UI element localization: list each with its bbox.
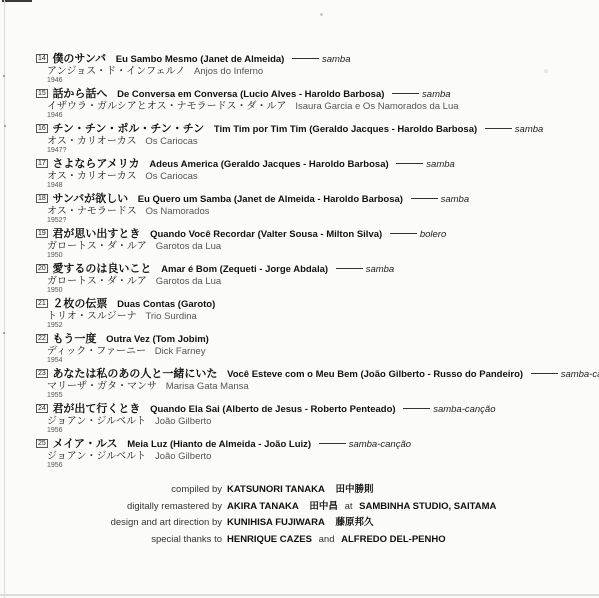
track-artist-original: Isaura Garcia e Os Namorados da Lua <box>295 101 458 112</box>
track-artist-original: João Gilberto <box>155 416 212 427</box>
track-title-japanese: さよならアメリカ <box>52 158 139 170</box>
track-genre: samba <box>331 264 395 275</box>
track-title-japanese: メイア・ルス <box>52 438 117 450</box>
track-title-line: 25 メイア・ルス Meia Luz (Hianto de Almeida - … <box>36 438 599 451</box>
track-artist-japanese: オス・カリオーカス <box>47 171 137 182</box>
track-title-line: 17 さよならアメリカ Adeus America (Geraldo Jacqu… <box>36 158 599 171</box>
credit-names: AKIRA TANAKA 田中昌 at SAMBINHA STUDIO, SAI… <box>227 499 496 516</box>
track-title-japanese: ２枚の伝票 <box>52 298 107 310</box>
track-title-japanese: あなたは私のあの人と一緒にいた <box>52 368 217 380</box>
track-artist-line: オス・カリオーカス Os Cariocas <box>47 136 599 147</box>
credit-name-japanese: 田中勝則 <box>335 484 373 495</box>
track-artist-japanese: トリオ・スルジーナ <box>47 311 137 322</box>
track-artist-original: Os Namorados <box>146 206 210 217</box>
track-number-box: 24 <box>36 404 48 413</box>
track-artist-japanese: マリーザ・ガタ・マンサ <box>47 381 157 392</box>
scan-artifact-top-edge <box>2 0 32 2</box>
track-number-box: 20 <box>36 264 48 273</box>
track-title-original: Tim Tim por Tim Tim (Geraldo Jacques - H… <box>214 124 477 135</box>
track-list: 14 僕のサンバ Eu Sambo Mesmo (Janet de Almeid… <box>36 53 599 473</box>
track-artist-line: トリオ・スルジーナ Trio Surdina <box>47 311 599 322</box>
track-recording-year: 1955 <box>47 392 599 400</box>
track-artist-japanese: ジョアン・ジルベルト <box>47 416 146 427</box>
track-title-original: Quando Você Recordar (Valter Sousa - Mil… <box>150 229 382 240</box>
credit-connector: at <box>345 501 353 512</box>
track-number-box: 25 <box>36 439 48 448</box>
track-artist-original: Garotos da Lua <box>156 241 222 252</box>
track-number-box: 21 <box>36 299 48 308</box>
track-artist-original: Trio Surdina <box>145 311 196 322</box>
track-number-box: 14 <box>36 54 48 63</box>
track-genre: samba-canção <box>398 404 495 415</box>
track-artist-japanese: ガロートス・ダ・ルア <box>47 276 147 287</box>
track-artist-original: Dick Farney <box>155 346 206 357</box>
track-artist-japanese: ディック・ファーニー <box>47 346 146 357</box>
track-artist-line: イザウラ・ガルシアとオス・ナモラードス・ダ・ルア Isaura Garcia e… <box>47 101 599 112</box>
track-entry: 20 愛するのは良いこと Amar é Bom (Zequeti - Jorge… <box>36 263 599 295</box>
track-title-original: Meia Luz (Hianto de Almeida - João Luiz) <box>127 439 311 450</box>
track-title-original: Outra Vez (Tom Jobim) <box>106 334 209 345</box>
track-number-box: 17 <box>36 159 48 168</box>
credit-name-japanese: 藤原邦久 <box>335 517 373 528</box>
track-title-line: 19 君が思い出すとき Quando Você Recordar (Valter… <box>36 228 599 241</box>
credit-line: compiled by KATSUNORI TANAKA 田中勝則 <box>0 482 599 499</box>
track-genre: bolero <box>385 229 446 240</box>
track-title-line: 21 ２枚の伝票 Duas Contas (Garoto) <box>36 298 599 311</box>
track-title-original: Você Esteve com o Meu Bem (João Gilberto… <box>227 369 523 380</box>
track-title-original: Eu Quero um Samba (Janet de Almeida - Ha… <box>138 194 403 205</box>
track-title-japanese: 愛するのは良いこと <box>52 263 151 275</box>
credit-line: design and art direction by KUNIHISA FUJ… <box>0 515 599 532</box>
track-artist-line: オス・ナモラードス Os Namorados <box>47 206 599 217</box>
credit-line: digitally remastered by AKIRA TANAKA 田中昌… <box>0 499 599 516</box>
track-genre: samba-canção <box>314 439 411 450</box>
track-number-box: 15 <box>36 89 48 98</box>
track-entry: 17 さよならアメリカ Adeus America (Geraldo Jacqu… <box>36 158 599 190</box>
track-genre: samba-canção <box>526 369 599 380</box>
track-artist-line: ガロートス・ダ・ルア Garotos da Lua <box>47 241 599 252</box>
track-title-japanese: もう一度 <box>52 333 96 345</box>
credit-name-latin: AKIRA TANAKA <box>227 501 299 512</box>
track-entry: 21 ２枚の伝票 Duas Contas (Garoto) トリオ・スルジーナ … <box>36 298 599 330</box>
track-artist-original: Garotos da Lua <box>156 276 222 287</box>
credit-name-latin: KUNIHISA FUJIWARA <box>227 517 325 528</box>
track-title-line: 22 もう一度 Outra Vez (Tom Jobim) <box>36 333 599 346</box>
credit-names: KUNIHISA FUJIWARA 藤原邦久 <box>227 515 373 532</box>
scan-artifact-bottom-shadow <box>0 594 599 596</box>
track-artist-line: ジョアン・ジルベルト João Gilberto <box>47 416 599 427</box>
track-title-japanese: 僕のサンバ <box>52 53 106 65</box>
track-recording-year: 1954 <box>47 357 599 365</box>
track-artist-japanese: アンジョス・ド・インフェルノ <box>47 66 185 77</box>
credit-names: KATSUNORI TANAKA 田中勝則 <box>227 482 373 499</box>
track-recording-year: 1956 <box>47 427 599 435</box>
track-entry: 25 メイア・ルス Meia Luz (Hianto de Almeida - … <box>36 438 599 470</box>
track-artist-japanese: オス・ナモラードス <box>47 206 137 217</box>
credit-name-secondary: ALFREDO DEL-PENHO <box>341 534 446 545</box>
credit-connector: and <box>319 534 335 545</box>
track-entry: 19 君が思い出すとき Quando Você Recordar (Valter… <box>36 228 599 260</box>
scan-speck <box>3 75 5 77</box>
track-number-box: 18 <box>36 194 48 203</box>
track-title-original: Adeus America (Geraldo Jacques - Haroldo… <box>149 159 388 170</box>
track-title-line: 24 君が出て行くとき Quando Ela Sai (Alberto de J… <box>36 403 599 416</box>
track-artist-japanese: ジョアン・ジルベルト <box>47 451 146 462</box>
track-artist-japanese: オス・カリオーカス <box>47 136 137 147</box>
track-title-original: Quando Ela Sai (Alberto de Jesus - Rober… <box>150 404 395 415</box>
track-genre: samba <box>287 54 351 65</box>
track-genre: samba <box>406 194 470 205</box>
scan-speck <box>320 13 323 16</box>
track-title-japanese: 君が出て行くとき <box>52 403 140 415</box>
credit-role-label: compiled by <box>0 482 222 499</box>
credit-line: special thanks to HENRIQUE CAZES and ALF… <box>0 532 599 549</box>
track-title-line: 18 サンバが欲しい Eu Quero um Samba (Janet de A… <box>36 193 599 206</box>
track-recording-year: 1952 <box>47 322 599 330</box>
track-title-japanese: 君が思い出すとき <box>52 228 140 240</box>
track-title-original: Amar é Bom (Zequeti - Jorge Abdala) <box>161 264 328 275</box>
track-number-box: 16 <box>36 124 48 133</box>
scan-speck <box>3 332 5 334</box>
track-artist-japanese: イザウラ・ガルシアとオス・ナモラードス・ダ・ルア <box>47 101 287 112</box>
credit-name-japanese: 田中昌 <box>309 501 338 512</box>
track-entry: 22 もう一度 Outra Vez (Tom Jobim) ディック・ファーニー… <box>36 333 599 365</box>
credit-name-latin: KATSUNORI TANAKA <box>227 484 325 495</box>
credit-role-label: special thanks to <box>0 532 222 549</box>
track-recording-year: 1948 <box>47 182 599 190</box>
track-recording-year: 1946 <box>47 77 599 85</box>
track-title-line: 20 愛するのは良いこと Amar é Bom (Zequeti - Jorge… <box>36 263 599 276</box>
track-genre: samba <box>391 159 455 170</box>
track-recording-year: 1952? <box>47 217 599 225</box>
track-title-japanese: 話から話へ <box>52 88 107 100</box>
track-entry: 18 サンバが欲しい Eu Quero um Samba (Janet de A… <box>36 193 599 225</box>
track-entry: 15 話から話へ De Conversa em Conversa (Lucio … <box>36 88 599 120</box>
track-recording-year: 1947? <box>47 147 599 155</box>
track-artist-line: オス・カリオーカス Os Cariocas <box>47 171 599 182</box>
track-number-box: 19 <box>36 229 48 238</box>
track-entry: 24 君が出て行くとき Quando Ela Sai (Alberto de J… <box>36 403 599 435</box>
track-recording-year: 1956 <box>47 462 599 470</box>
track-artist-japanese: ガロートス・ダ・ルア <box>47 241 147 252</box>
track-artist-original: Marisa Gata Mansa <box>166 381 249 392</box>
track-artist-line: ジョアン・ジルベルト João Gilberto <box>47 451 599 462</box>
track-recording-year: 1950 <box>47 252 599 260</box>
track-artist-original: João Gilberto <box>155 451 212 462</box>
track-title-japanese: サンバが欲しい <box>52 193 128 205</box>
track-entry: 16 チン・チン・ポル・チン・チン Tim Tim por Tim Tim (G… <box>36 123 599 155</box>
credit-role-label: digitally remastered by <box>0 499 222 516</box>
credits-block: compiled by KATSUNORI TANAKA 田中勝則 digita… <box>0 482 599 548</box>
track-number-box: 22 <box>36 334 48 343</box>
track-title-original: Eu Sambo Mesmo (Janet de Almeida) <box>116 54 285 65</box>
track-artist-line: ディック・ファーニー Dick Farney <box>47 346 599 357</box>
track-entry: 23 あなたは私のあの人と一緒にいた Você Esteve com o Meu… <box>36 368 599 400</box>
track-title-line: 14 僕のサンバ Eu Sambo Mesmo (Janet de Almeid… <box>36 53 599 66</box>
track-artist-original: Anjos do Inferno <box>194 66 263 77</box>
track-artist-original: Os Cariocas <box>145 136 197 147</box>
track-title-original: De Conversa em Conversa (Lucio Alves - H… <box>117 89 384 100</box>
track-entry: 14 僕のサンバ Eu Sambo Mesmo (Janet de Almeid… <box>36 53 599 85</box>
track-number-box: 23 <box>36 369 48 378</box>
track-title-line: 15 話から話へ De Conversa em Conversa (Lucio … <box>36 88 599 101</box>
track-title-line: 16 チン・チン・ポル・チン・チン Tim Tim por Tim Tim (G… <box>36 123 599 136</box>
track-recording-year: 1946 <box>47 112 599 120</box>
credit-name-latin: HENRIQUE CAZES <box>227 534 312 545</box>
track-title-original: Duas Contas (Garoto) <box>117 299 215 310</box>
track-genre: samba <box>480 124 544 135</box>
track-title-japanese: チン・チン・ポル・チン・チン <box>52 123 204 135</box>
credit-role-label: design and art direction by <box>0 515 222 532</box>
credit-names: HENRIQUE CAZES and ALFREDO DEL-PENHO <box>227 532 446 549</box>
track-artist-line: マリーザ・ガタ・マンサ Marisa Gata Mansa <box>47 381 599 392</box>
track-artist-original: Os Cariocas <box>145 171 197 182</box>
track-artist-line: ガロートス・ダ・ルア Garotos da Lua <box>47 276 599 287</box>
track-recording-year: 1950 <box>47 287 599 295</box>
track-title-line: 23 あなたは私のあの人と一緒にいた Você Esteve com o Meu… <box>36 368 599 381</box>
track-genre: samba <box>387 89 451 100</box>
track-artist-line: アンジョス・ド・インフェルノ Anjos do Inferno <box>47 66 599 77</box>
credit-name-secondary: SAMBINHA STUDIO, SAITAMA <box>359 501 496 512</box>
scan-speck <box>4 125 6 127</box>
